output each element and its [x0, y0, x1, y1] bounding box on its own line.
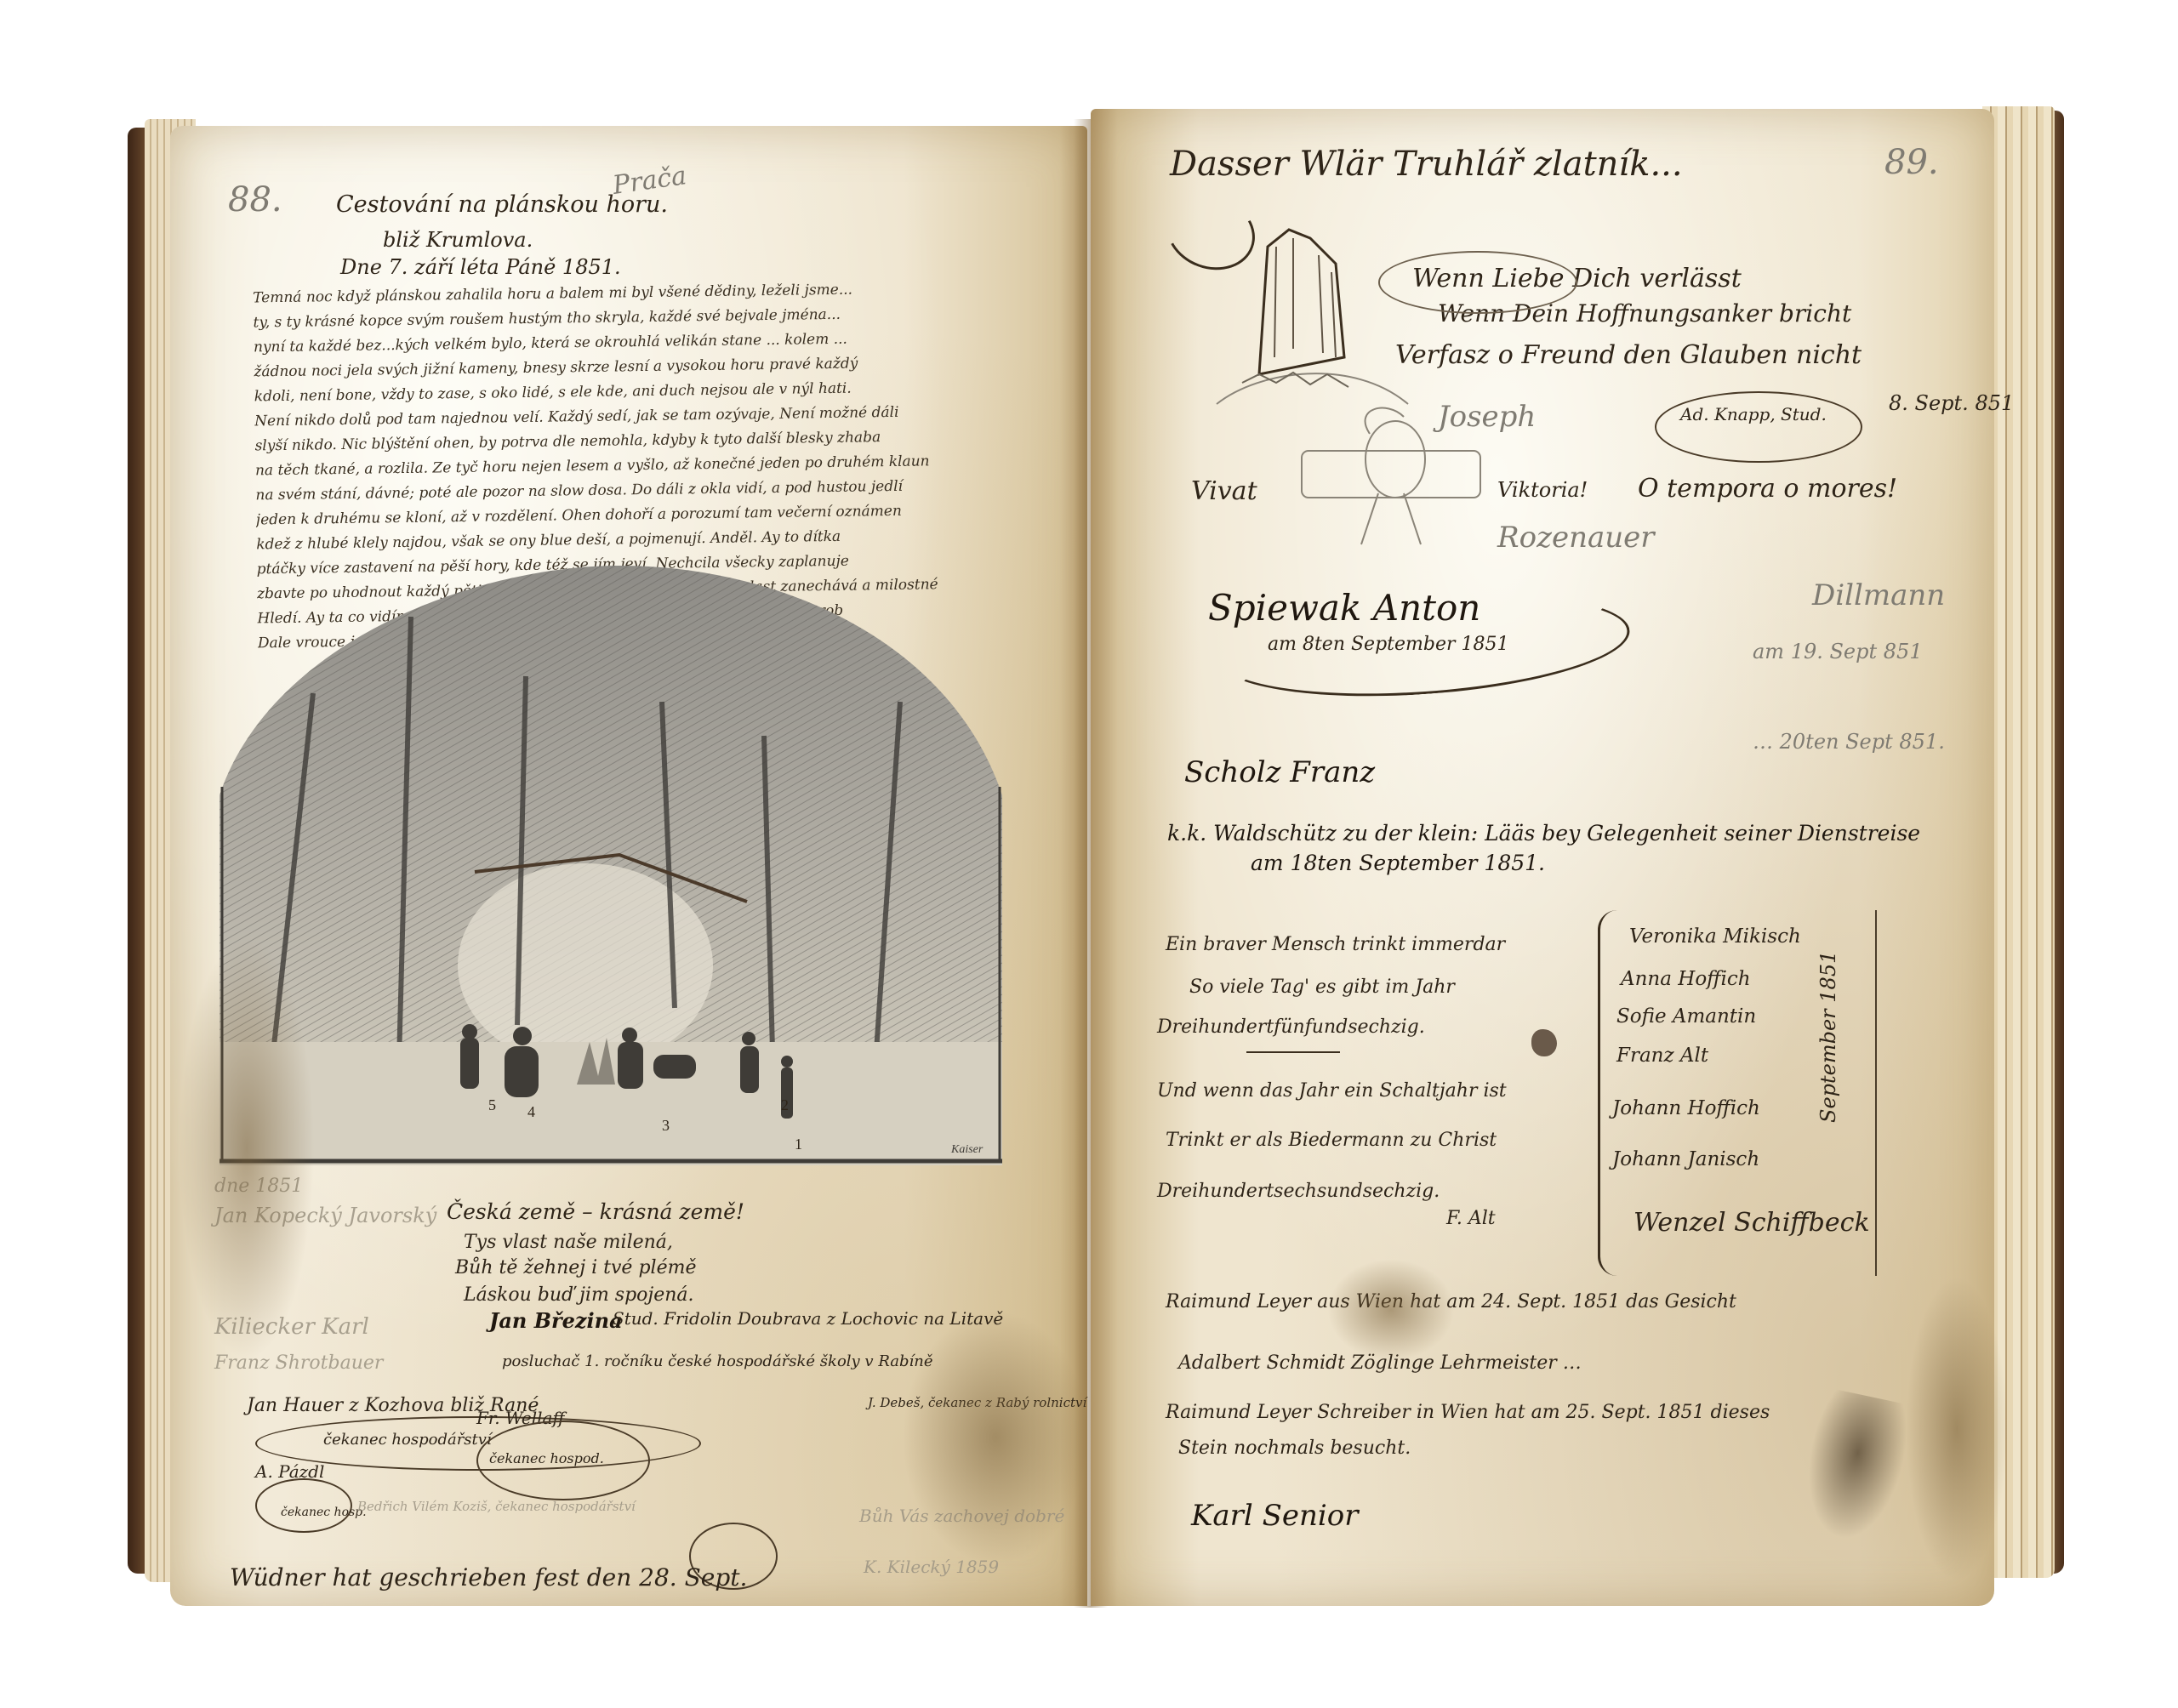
figure-label: 4 [527, 1103, 535, 1120]
water-stain [179, 936, 315, 1361]
water-stain [1327, 1259, 1455, 1361]
motto-line: Verfasz o Freund den Glauben nicht [1395, 340, 1862, 370]
poem-line: Trinkt er als Biedermann zu Christ [1166, 1130, 1497, 1151]
water-stain [1906, 1276, 2008, 1582]
poem-line: Dreihundertsechsundsechzig. [1157, 1181, 1440, 1202]
names-list-item: Franz Alt [1616, 1045, 1708, 1067]
names-list-item: Wenzel Schiffbeck [1633, 1208, 1870, 1238]
cherub-sketch [1293, 400, 1489, 553]
annotation: Bedřich Vilém Koziš, čekanec hospodářstv… [357, 1499, 636, 1514]
poem-line: Und wenn das Jahr ein Schaltjahr ist [1157, 1080, 1507, 1102]
final-signature: Karl Senior [1191, 1499, 1359, 1533]
title-line-2: bliž Krumlova. [383, 228, 533, 252]
faint-signature: Dillmann [1812, 578, 1945, 612]
viktoria-text: Viktoria! [1497, 478, 1588, 502]
names-list-item: Johann Janisch [1612, 1148, 1759, 1170]
poem-line: So viele Tag' es gibt im Jahr [1189, 976, 1455, 998]
title-line-1: Cestování na plánskou horu. [336, 191, 668, 218]
campfire-forest-illustration: 5 4 3 2 1 Kaiser [220, 566, 1002, 1165]
annotation: posluchač 1. ročníku české hospodářské š… [502, 1352, 933, 1370]
title-line-3: Dne 7. září léta Páně 1851. [340, 255, 621, 279]
page-heading: Dasser Wlär Truhlář zlatník... [1170, 145, 1683, 184]
brace [1598, 910, 1617, 1276]
poem-line: Česká země – krásná země! [447, 1199, 744, 1224]
poem-line: Bůh tě žehnej i tvé plémě [455, 1257, 696, 1278]
signature-scholz: Scholz Franz [1184, 755, 1375, 789]
left-page-number: 88. [228, 180, 282, 219]
signature: Stud. Fridolin Doubrava z Lochovic na Li… [613, 1308, 1003, 1329]
names-list-item: Anna Hoffich [1621, 968, 1751, 990]
names-list-item: Veronika Mikisch [1629, 925, 1801, 948]
divider-line [1246, 1051, 1340, 1053]
annotation: čekanec hosp. [281, 1506, 367, 1519]
vertical-date: September 1851 [1816, 951, 1840, 1123]
poem-line: Tys vlast naše milená, [464, 1232, 673, 1253]
bottom-entry: Stein nochmals besucht. [1178, 1438, 1411, 1459]
annotation: Wüdner hat geschrieben fest den 28. Sept… [230, 1563, 747, 1591]
manuscript-photo: 88. Prača Cestování na plánskou horu. bl… [0, 0, 2178, 1708]
bottom-entry: Raimund Leyer Schreiber in Wien hat am 2… [1166, 1402, 1770, 1423]
ink-blot [1531, 1029, 1557, 1056]
annotation: čekanec hospodářství [323, 1431, 492, 1449]
flourish-oval [1378, 251, 1577, 314]
tempora-text: O tempora o mores! [1638, 474, 1897, 504]
annotation: čekanec hospod. [489, 1450, 604, 1466]
names-list-item: Johann Hoffich [1612, 1097, 1760, 1119]
water-stain [902, 1310, 1089, 1565]
faint-date: … 20ten Sept 851. [1753, 730, 1945, 754]
signature: Ad. Knapp, Stud. [1680, 404, 1827, 424]
names-list-item: Sofie Amantin [1616, 1005, 1756, 1028]
vivat-text: Vivat [1191, 476, 1257, 506]
poem-line: Ein braver Mensch trinkt immerdar [1166, 934, 1505, 955]
figure-label: 3 [662, 1117, 670, 1134]
faint-signature: Rozenauer [1497, 521, 1655, 555]
poem-line: Láskou buď jim spojená. [464, 1284, 694, 1306]
column-rule [1875, 910, 1877, 1276]
poem-line: Dreihundertfünfundsechzig. [1157, 1016, 1425, 1038]
signature-oval [1655, 391, 1862, 463]
poem-signature: F. Alt [1446, 1208, 1496, 1229]
faint-date: am 19. Sept 851 [1753, 640, 1923, 663]
entry-line: k.k. Waldschütz zu der klein: Lääs bey G… [1167, 821, 1920, 845]
figure-label: 2 [781, 1096, 789, 1113]
figure-label: 1 [795, 1136, 802, 1153]
right-page-number: 89. [1884, 143, 1939, 182]
signature: Jan Březina [489, 1308, 623, 1333]
figure-label: 5 [488, 1096, 496, 1113]
date: 8. Sept. 851 [1889, 391, 2014, 415]
entry-line: am 18ten September 1851. [1251, 851, 1545, 875]
illustration-signature: Kaiser [950, 1143, 984, 1156]
